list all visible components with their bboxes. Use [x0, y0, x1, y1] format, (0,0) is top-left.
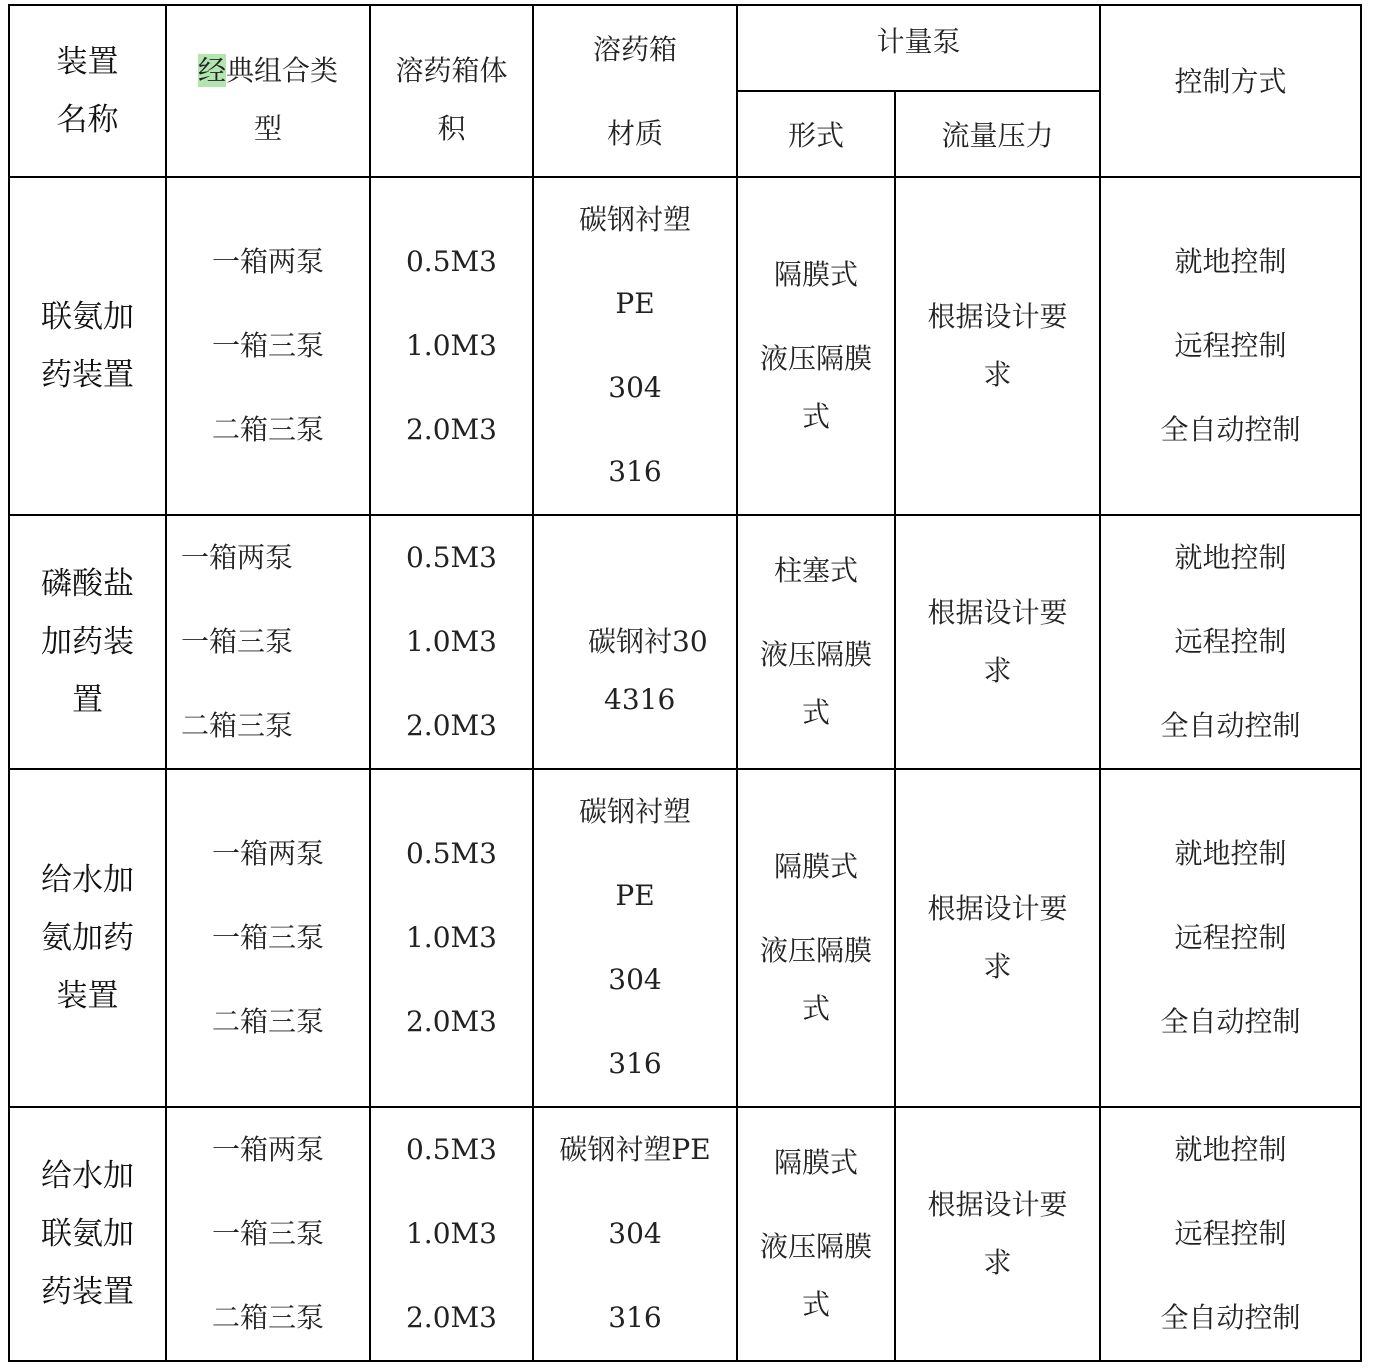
- flow-pressure-cell: 根据设计要求: [895, 1107, 1100, 1361]
- control-cell: 就地控制远程控制全自动控制: [1100, 177, 1361, 515]
- volume-cell: 0.5M31.0M32.0M3: [370, 515, 533, 769]
- device-name-cell: 给水加联氨加药装置: [9, 1107, 166, 1361]
- material-cell: 碳钢衬塑PE304316: [533, 769, 737, 1107]
- material-cell: 碳钢衬塑PE304316: [533, 1107, 737, 1361]
- header-pump-flow-pressure: 流量压力: [895, 91, 1100, 177]
- flow-pressure-cell: 根据设计要求: [895, 769, 1100, 1107]
- table-row: 联氨加药装置 一箱两泵一箱三泵二箱三泵 0.5M31.0M32.0M3 碳钢衬塑…: [9, 177, 1361, 515]
- header-control-mode: 控制方式: [1100, 5, 1361, 177]
- header-device-name: 装置名称: [9, 5, 166, 177]
- pump-form-cell: 柱塞式液压隔膜式: [737, 515, 895, 769]
- header-tank-volume: 溶药箱体积: [370, 5, 533, 177]
- control-cell: 就地控制远程控制全自动控制: [1100, 515, 1361, 769]
- combo-cell: 一箱两泵一箱三泵二箱三泵: [166, 1107, 370, 1361]
- header-combo-type: 经典组合类 型: [166, 5, 370, 177]
- flow-pressure-cell: 根据设计要求: [895, 515, 1100, 769]
- pump-form-cell: 隔膜式液压隔膜式: [737, 177, 895, 515]
- header-metering-pump: 计量泵: [737, 5, 1100, 91]
- table-row: 磷酸盐加药装置 一箱两泵一箱三泵二箱三泵 0.5M31.0M32.0M3 碳钢衬…: [9, 515, 1361, 769]
- header-tank-material: 溶药箱材质: [533, 5, 737, 177]
- device-name-cell: 联氨加药装置: [9, 177, 166, 515]
- flow-pressure-cell: 根据设计要求: [895, 177, 1100, 515]
- material-cell: 碳钢衬304316: [533, 515, 737, 769]
- material-cell: 碳钢衬塑PE304316: [533, 177, 737, 515]
- device-name-cell: 给水加氨加药装置: [9, 769, 166, 1107]
- table-row: 给水加联氨加药装置 一箱两泵一箱三泵二箱三泵 0.5M31.0M32.0M3 碳…: [9, 1107, 1361, 1361]
- pump-form-cell: 隔膜式液压隔膜式: [737, 769, 895, 1107]
- control-cell: 就地控制远程控制全自动控制: [1100, 769, 1361, 1107]
- table-row: 给水加氨加药装置 一箱两泵一箱三泵二箱三泵 0.5M31.0M32.0M3 碳钢…: [9, 769, 1361, 1107]
- control-cell: 就地控制远程控制全自动控制: [1100, 1107, 1361, 1361]
- search-highlight: 经: [198, 54, 226, 87]
- device-spec-table: 装置名称 经典组合类 型 溶药箱体积 溶药箱材质 计量泵 控制方式 形式 流量压…: [8, 4, 1362, 1362]
- volume-cell: 0.5M31.0M32.0M3: [370, 769, 533, 1107]
- combo-cell: 一箱两泵一箱三泵二箱三泵: [166, 177, 370, 515]
- header-pump-form: 形式: [737, 91, 895, 177]
- volume-cell: 0.5M31.0M32.0M3: [370, 177, 533, 515]
- combo-cell: 一箱两泵一箱三泵二箱三泵: [166, 515, 370, 769]
- pump-form-cell: 隔膜式液压隔膜式: [737, 1107, 895, 1361]
- combo-cell: 一箱两泵一箱三泵二箱三泵: [166, 769, 370, 1107]
- volume-cell: 0.5M31.0M32.0M3: [370, 1107, 533, 1361]
- device-name-cell: 磷酸盐加药装置: [9, 515, 166, 769]
